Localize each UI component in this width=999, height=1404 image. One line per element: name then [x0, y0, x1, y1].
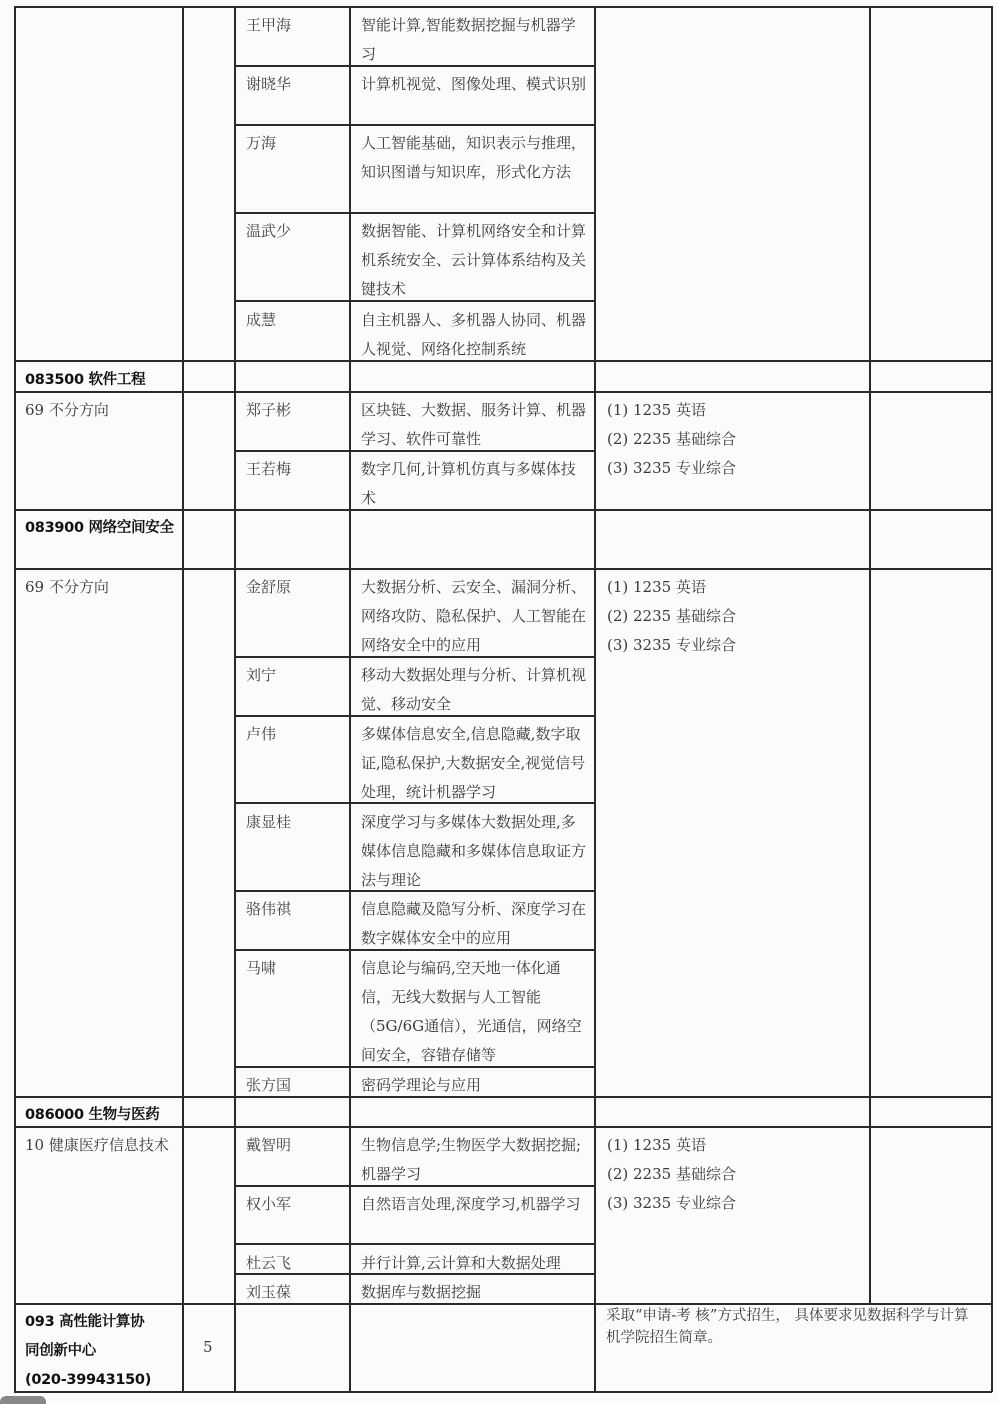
research-field: 区块链、大数据、服务计算、机器学习、软件可靠性	[361, 396, 589, 454]
unit-title: 093 高性能计算协	[25, 1308, 144, 1337]
advisor-name: 卢伟	[246, 720, 276, 749]
advisor-name: 成慧	[246, 306, 276, 335]
research-field: 自然语言处理,深度学习,机器学习	[361, 1190, 589, 1219]
row-divider	[234, 1243, 594, 1245]
research-field: 大数据分析、云安全、漏洞分析、网络攻防、隐私保护、人工智能在网络安全中的应用	[361, 573, 589, 660]
exam-subject: (2) 2235 基础综合	[607, 602, 736, 631]
research-field: 数字几何,计算机仿真与多媒体技术	[361, 455, 589, 513]
research-field: 移动大数据处理与分析、计算机视觉、移动安全	[361, 661, 589, 719]
unit-quota: 5	[203, 1333, 213, 1362]
research-field: 智能计算,智能数据挖掘与机器学习	[361, 11, 589, 69]
research-field: 自主机器人、多机器人协同、机器人视觉、网络化控制系统	[361, 306, 589, 364]
table-border-top	[14, 6, 992, 8]
scroll-handle[interactable]	[0, 1396, 46, 1404]
research-field: 并行计算,云计算和大数据处理	[361, 1249, 589, 1278]
advisor-name: 万海	[246, 129, 276, 158]
exam-subject: (2) 2235 基础综合	[607, 1160, 736, 1189]
direction-label: 10 健康医疗信息技术	[25, 1131, 175, 1160]
advisor-name: 骆伟祺	[246, 895, 291, 924]
advisor-name: 张方国	[246, 1071, 291, 1100]
document-page: 王甲海 智能计算,智能数据挖掘与机器学习 谢晓华 计算机视觉、图像处理、模式识别…	[0, 0, 999, 1404]
research-field: 信息隐藏及隐写分析、深度学习在数字媒体安全中的应用	[361, 895, 589, 953]
major-title: 083500 软件工程	[25, 366, 145, 395]
research-field: 信息论与编码,空天地一体化通信，无线大数据与人工智能（5G/6G通信），光通信，…	[361, 954, 589, 1070]
major-title: 086000 生物与医药	[25, 1101, 159, 1130]
col-divider-quota	[182, 6, 184, 1392]
section-divider	[14, 1126, 992, 1128]
advisor-name: 康显桂	[246, 808, 291, 837]
unit-title: 同创新中心	[25, 1337, 96, 1366]
exam-subject: (1) 1235 英语	[607, 573, 706, 602]
research-field: 深度学习与多媒体大数据处理,多媒体信息隐藏和多媒体信息取证方法与理论	[361, 808, 589, 895]
col-divider-exams	[594, 6, 596, 1392]
advisor-name: 权小军	[246, 1190, 291, 1219]
major-title: 083900 网络空间安全	[25, 514, 175, 543]
direction-label: 69 不分方向	[25, 573, 109, 602]
advisor-name: 马啸	[246, 954, 276, 983]
table-border-right	[991, 6, 993, 1392]
research-field: 数据库与数据挖掘	[361, 1278, 589, 1307]
unit-admission-note: 采取“申请-考 核”方式招生， 具体要求见数据科学与计算机学院招生简章。	[606, 1305, 981, 1349]
direction-label: 69 不分方向	[25, 396, 109, 425]
table-border-bottom	[14, 1391, 992, 1393]
section-divider	[14, 391, 992, 393]
exam-subject: (1) 1235 英语	[607, 396, 706, 425]
advisor-name: 王甲海	[246, 11, 291, 40]
exam-subject: (2) 2235 基础综合	[607, 425, 736, 454]
section-divider	[14, 568, 992, 570]
row-divider	[234, 212, 594, 214]
research-field: 计算机视觉、图像处理、模式识别	[361, 70, 589, 99]
research-field: 人工智能基础，知识表示与推理，知识图谱与知识库，形式化方法	[361, 129, 589, 187]
advisor-name: 谢晓华	[246, 70, 291, 99]
unit-phone: (020-39943150)	[25, 1366, 151, 1395]
exam-subject: (3) 3235 专业综合	[607, 454, 736, 483]
exam-subject: (3) 3235 专业综合	[607, 631, 736, 660]
row-divider	[234, 124, 594, 126]
advisor-name: 刘宁	[246, 661, 276, 690]
col-divider-notes	[869, 6, 871, 1304]
advisor-name: 杜云飞	[246, 1249, 291, 1278]
research-field: 生物信息学;生物医学大数据挖掘;机器学习	[361, 1131, 589, 1189]
research-field: 数据智能、计算机网络安全和计算机系统安全、云计算体系结构及关键技术	[361, 217, 589, 304]
exam-subject: (1) 1235 英语	[607, 1131, 706, 1160]
research-field: 密码学理论与应用	[361, 1071, 589, 1100]
exam-subject: (3) 3235 专业综合	[607, 1189, 736, 1218]
advisor-name: 戴智明	[246, 1131, 291, 1160]
advisor-name: 郑子彬	[246, 396, 291, 425]
advisor-name: 温武少	[246, 217, 291, 246]
advisor-name: 刘玉葆	[246, 1278, 291, 1307]
advisor-name: 王若梅	[246, 455, 291, 484]
advisor-name: 金舒原	[246, 573, 291, 602]
table-border-left	[14, 6, 16, 1392]
research-field: 多媒体信息安全,信息隐藏,数字取证,隐私保护,大数据安全,视觉信号处理，统计机器…	[361, 720, 589, 807]
